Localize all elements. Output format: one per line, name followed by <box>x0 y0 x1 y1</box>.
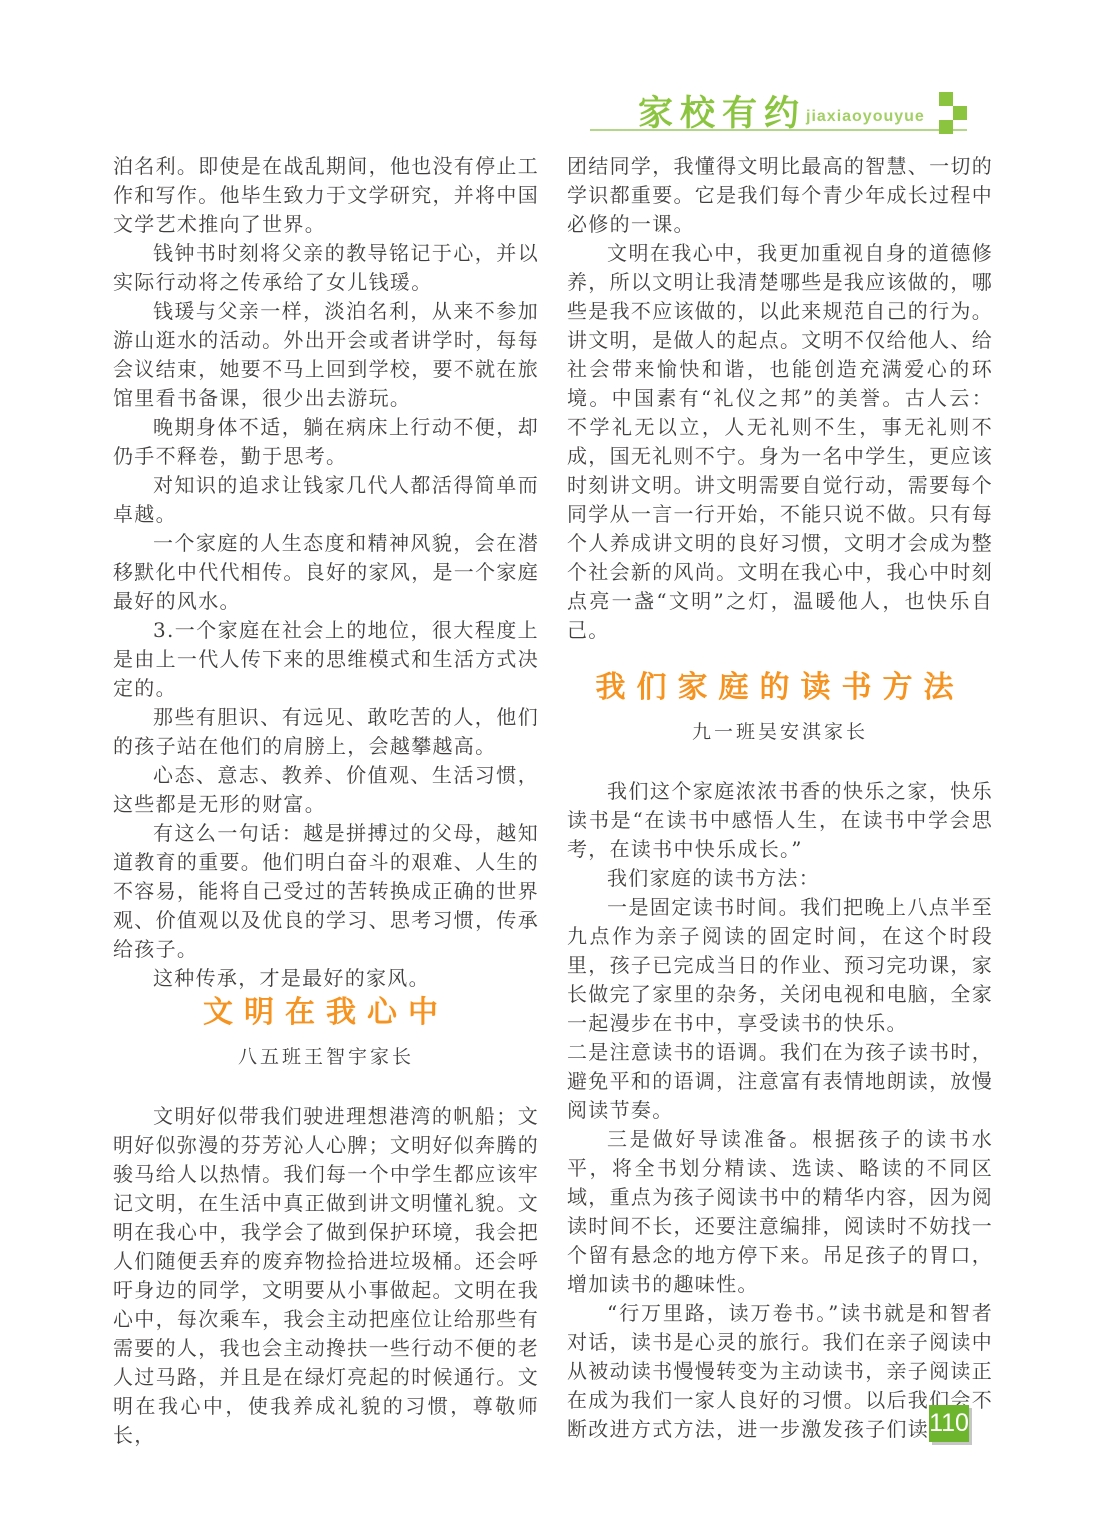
green-square-icon <box>939 92 953 106</box>
article-title: 我们家庭的读书方法 <box>567 673 993 702</box>
paragraph: 钱钟书时刻将父亲的教导铭记于心，并以实际行动将之传承给了女儿钱瑗。 <box>113 239 539 297</box>
article-byline: 八五班王智宇家长 <box>113 1043 539 1072</box>
paragraph: 这种传承，才是最好的家风。 <box>113 964 539 993</box>
paragraph: 钱瑗与父亲一样，淡泊名利，从来不参加游山逛水的活动。外出开会或者讲学时，每每会议… <box>113 297 539 413</box>
paragraph: 文明在我心中，我更加重视自身的道德修养，所以文明让我清楚哪些是我应该做的，哪些是… <box>567 239 993 645</box>
paragraph: 我们家庭的读书方法： <box>567 864 993 893</box>
paragraph: 文明好似带我们驶进理想港湾的帆船；文明好似弥漫的芬芳沁人心脾；文明好似奔腾的骏马… <box>113 1102 539 1450</box>
green-square-icon <box>953 106 967 120</box>
article-byline: 九一班吴安淇家长 <box>567 718 993 747</box>
paragraph: 一是固定读书时间。我们把晚上八点半至九点作为亲子阅读的固定时间，在这个时段里，孩… <box>567 893 993 1038</box>
page-number-badge: 110 <box>929 1405 969 1442</box>
paragraph: 晚期身体不适，躺在病床上行动不便，却仍手不释卷，勤于思考。 <box>113 413 539 471</box>
article-reading-method: 我们家庭的读书方法 九一班吴安淇家长 我们这个家庭浓浓书香的快乐之家，快乐读书是… <box>567 673 993 1444</box>
paragraph: 那些有胆识、有远见、敢吃苦的人，他们的孩子站在他们的肩膀上，会越攀越高。 <box>113 703 539 761</box>
green-square-icon <box>939 120 953 134</box>
paragraph: 对知识的追求让钱家几代人都活得简单而卓越。 <box>113 471 539 529</box>
paragraph: 团结同学，我懂得文明比最高的智慧、一切的学识都重要。它是我们每个青少年成长过程中… <box>567 152 993 239</box>
paragraph: 我们这个家庭浓浓书香的快乐之家，快乐读书是“在读书中感悟人生，在读书中学会思考，… <box>567 777 993 864</box>
paragraph: 有这么一句话：越是拼搏过的父母，越知道教育的重要。他们明白奋斗的艰难、人生的不容… <box>113 819 539 964</box>
paragraph: 泊名利。即使是在战乱期间，他也没有停止工作和写作。他毕生致力于文学研究，并将中国… <box>113 152 539 239</box>
article-title: 文明在我心中 <box>113 998 539 1027</box>
paragraph: 三是做好导读准备。根据孩子的读书水平，将全书划分精读、选读、略读的不同区域，重点… <box>567 1125 993 1299</box>
left-column: 泊名利。即使是在战乱期间，他也没有停止工作和写作。他毕生致力于文学研究，并将中国… <box>113 152 539 1442</box>
paragraph: 3.一个家庭在社会上的地位，很大程度上是由上一代人传下来的思维模式和生活方式决定… <box>113 616 539 703</box>
article-civility: 文明在我心中 八五班王智宇家长 文明好似带我们驶进理想港湾的帆船；文明好似弥漫的… <box>113 998 539 1450</box>
paragraph: 二是注意读书的语调。我们在为孩子读书时，避免平和的语调，注意富有表情地朗读，放慢… <box>567 1038 993 1125</box>
column-title-pinyin: jiaxiaoyouyue <box>806 108 925 126</box>
header-divider-line <box>590 129 967 131</box>
paragraph: 一个家庭的人生态度和精神风貌，会在潜移默化中代代相传。良好的家风，是一个家庭最好… <box>113 529 539 616</box>
right-column: 团结同学，我懂得文明比最高的智慧、一切的学识都重要。它是我们每个青少年成长过程中… <box>567 152 993 1442</box>
paragraph: 心态、意志、教养、价值观、生活习惯，这些都是无形的财富。 <box>113 761 539 819</box>
